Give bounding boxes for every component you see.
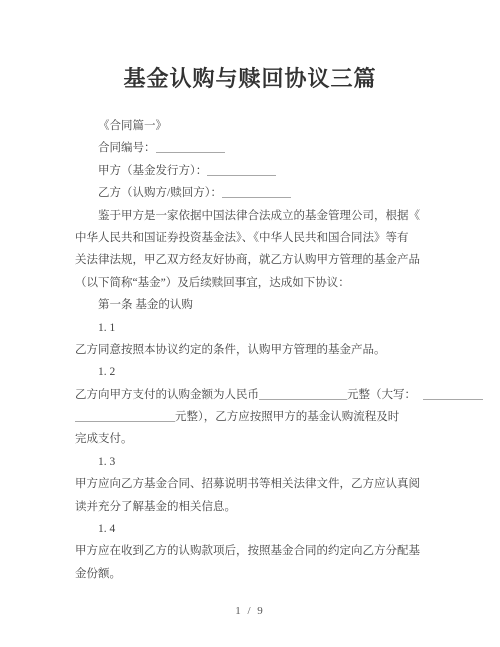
amount-text-mid: 元整（大写：	[347, 389, 416, 401]
preamble-line: 中华人民共和国证券投资基金法》、《中华人民共和国合同法》等有	[75, 227, 425, 249]
party-a-blank	[207, 162, 276, 176]
clause-1-3-text: 甲方应向乙方基金合同、招募说明书等相关法律文件，乙方应认真阅	[75, 473, 425, 495]
clause-1-4-number: 1. 4	[75, 518, 425, 540]
amount-text-post: 元整），乙方应按照甲方的基金认购流程及时	[175, 411, 399, 423]
amount-words-blank-continued	[75, 408, 175, 422]
clause-1-4-text: 金份额。	[75, 563, 425, 585]
clause-1-2-number: 1. 2	[75, 361, 425, 383]
party-a-label: 甲方（基金发行方）：	[98, 165, 207, 177]
party-b-blank	[222, 184, 291, 198]
clause-1-2-amount-line-2: 元整），乙方应按照甲方的基金认购流程及时	[75, 406, 425, 428]
contract-number-label: 合同编号：	[98, 142, 156, 154]
document-body: 《合同篇一》 合同编号： 甲方（基金发行方）： 乙方（认购方/赎回方）： 鉴于甲…	[75, 115, 425, 585]
clause-1-4-text: 甲方应在收到乙方的认购款项后，按照基金合同的约定向乙方分配基	[75, 540, 425, 562]
preamble-line: 关法律法规，甲乙双方经友好协商，就乙方认购甲方管理的基金产品	[75, 249, 425, 271]
amount-words-blank	[423, 386, 483, 400]
clause-1-1-number: 1. 1	[75, 317, 425, 339]
amount-text-pre: 乙方向甲方支付的认购金额为人民币	[75, 389, 259, 401]
clause-1-3-text: 读并充分了解基金的相关信息。	[75, 496, 425, 518]
clause-1-1-text: 乙方同意按照本协议约定的条件，认购甲方管理的基金产品。	[75, 339, 425, 361]
preamble-line: 鉴于甲方是一家依据中国法律合法成立的基金管理公司，根据《	[75, 205, 425, 227]
party-b-line: 乙方（认购方/赎回方）：	[75, 182, 425, 204]
article-1-heading: 第一条 基金的认购	[75, 294, 425, 316]
party-b-label: 乙方（认购方/赎回方）：	[98, 187, 222, 199]
amount-blank	[259, 386, 347, 400]
contract-number-blank	[156, 139, 225, 153]
contract-number-line: 合同编号：	[75, 137, 425, 159]
document-title: 基金认购与赎回协议三篇	[0, 0, 500, 93]
section-heading: 《合同篇一》	[75, 115, 425, 137]
clause-1-2-amount-line-1: 乙方向甲方支付的认购金额为人民币元整（大写：	[75, 384, 425, 406]
page-footer: 1 / 9	[0, 600, 500, 622]
preamble-line: （以下简称“基金”）及后续赎回事宜，达成如下协议：	[75, 272, 425, 294]
clause-1-3-number: 1. 3	[75, 451, 425, 473]
page-indicator: 1 / 9	[235, 605, 265, 617]
party-a-line: 甲方（基金发行方）：	[75, 160, 425, 182]
document-page: 基金认购与赎回协议三篇 《合同篇一》 合同编号： 甲方（基金发行方）： 乙方（认…	[0, 0, 500, 647]
clause-1-2-amount-line-3: 完成支付。	[75, 428, 425, 450]
